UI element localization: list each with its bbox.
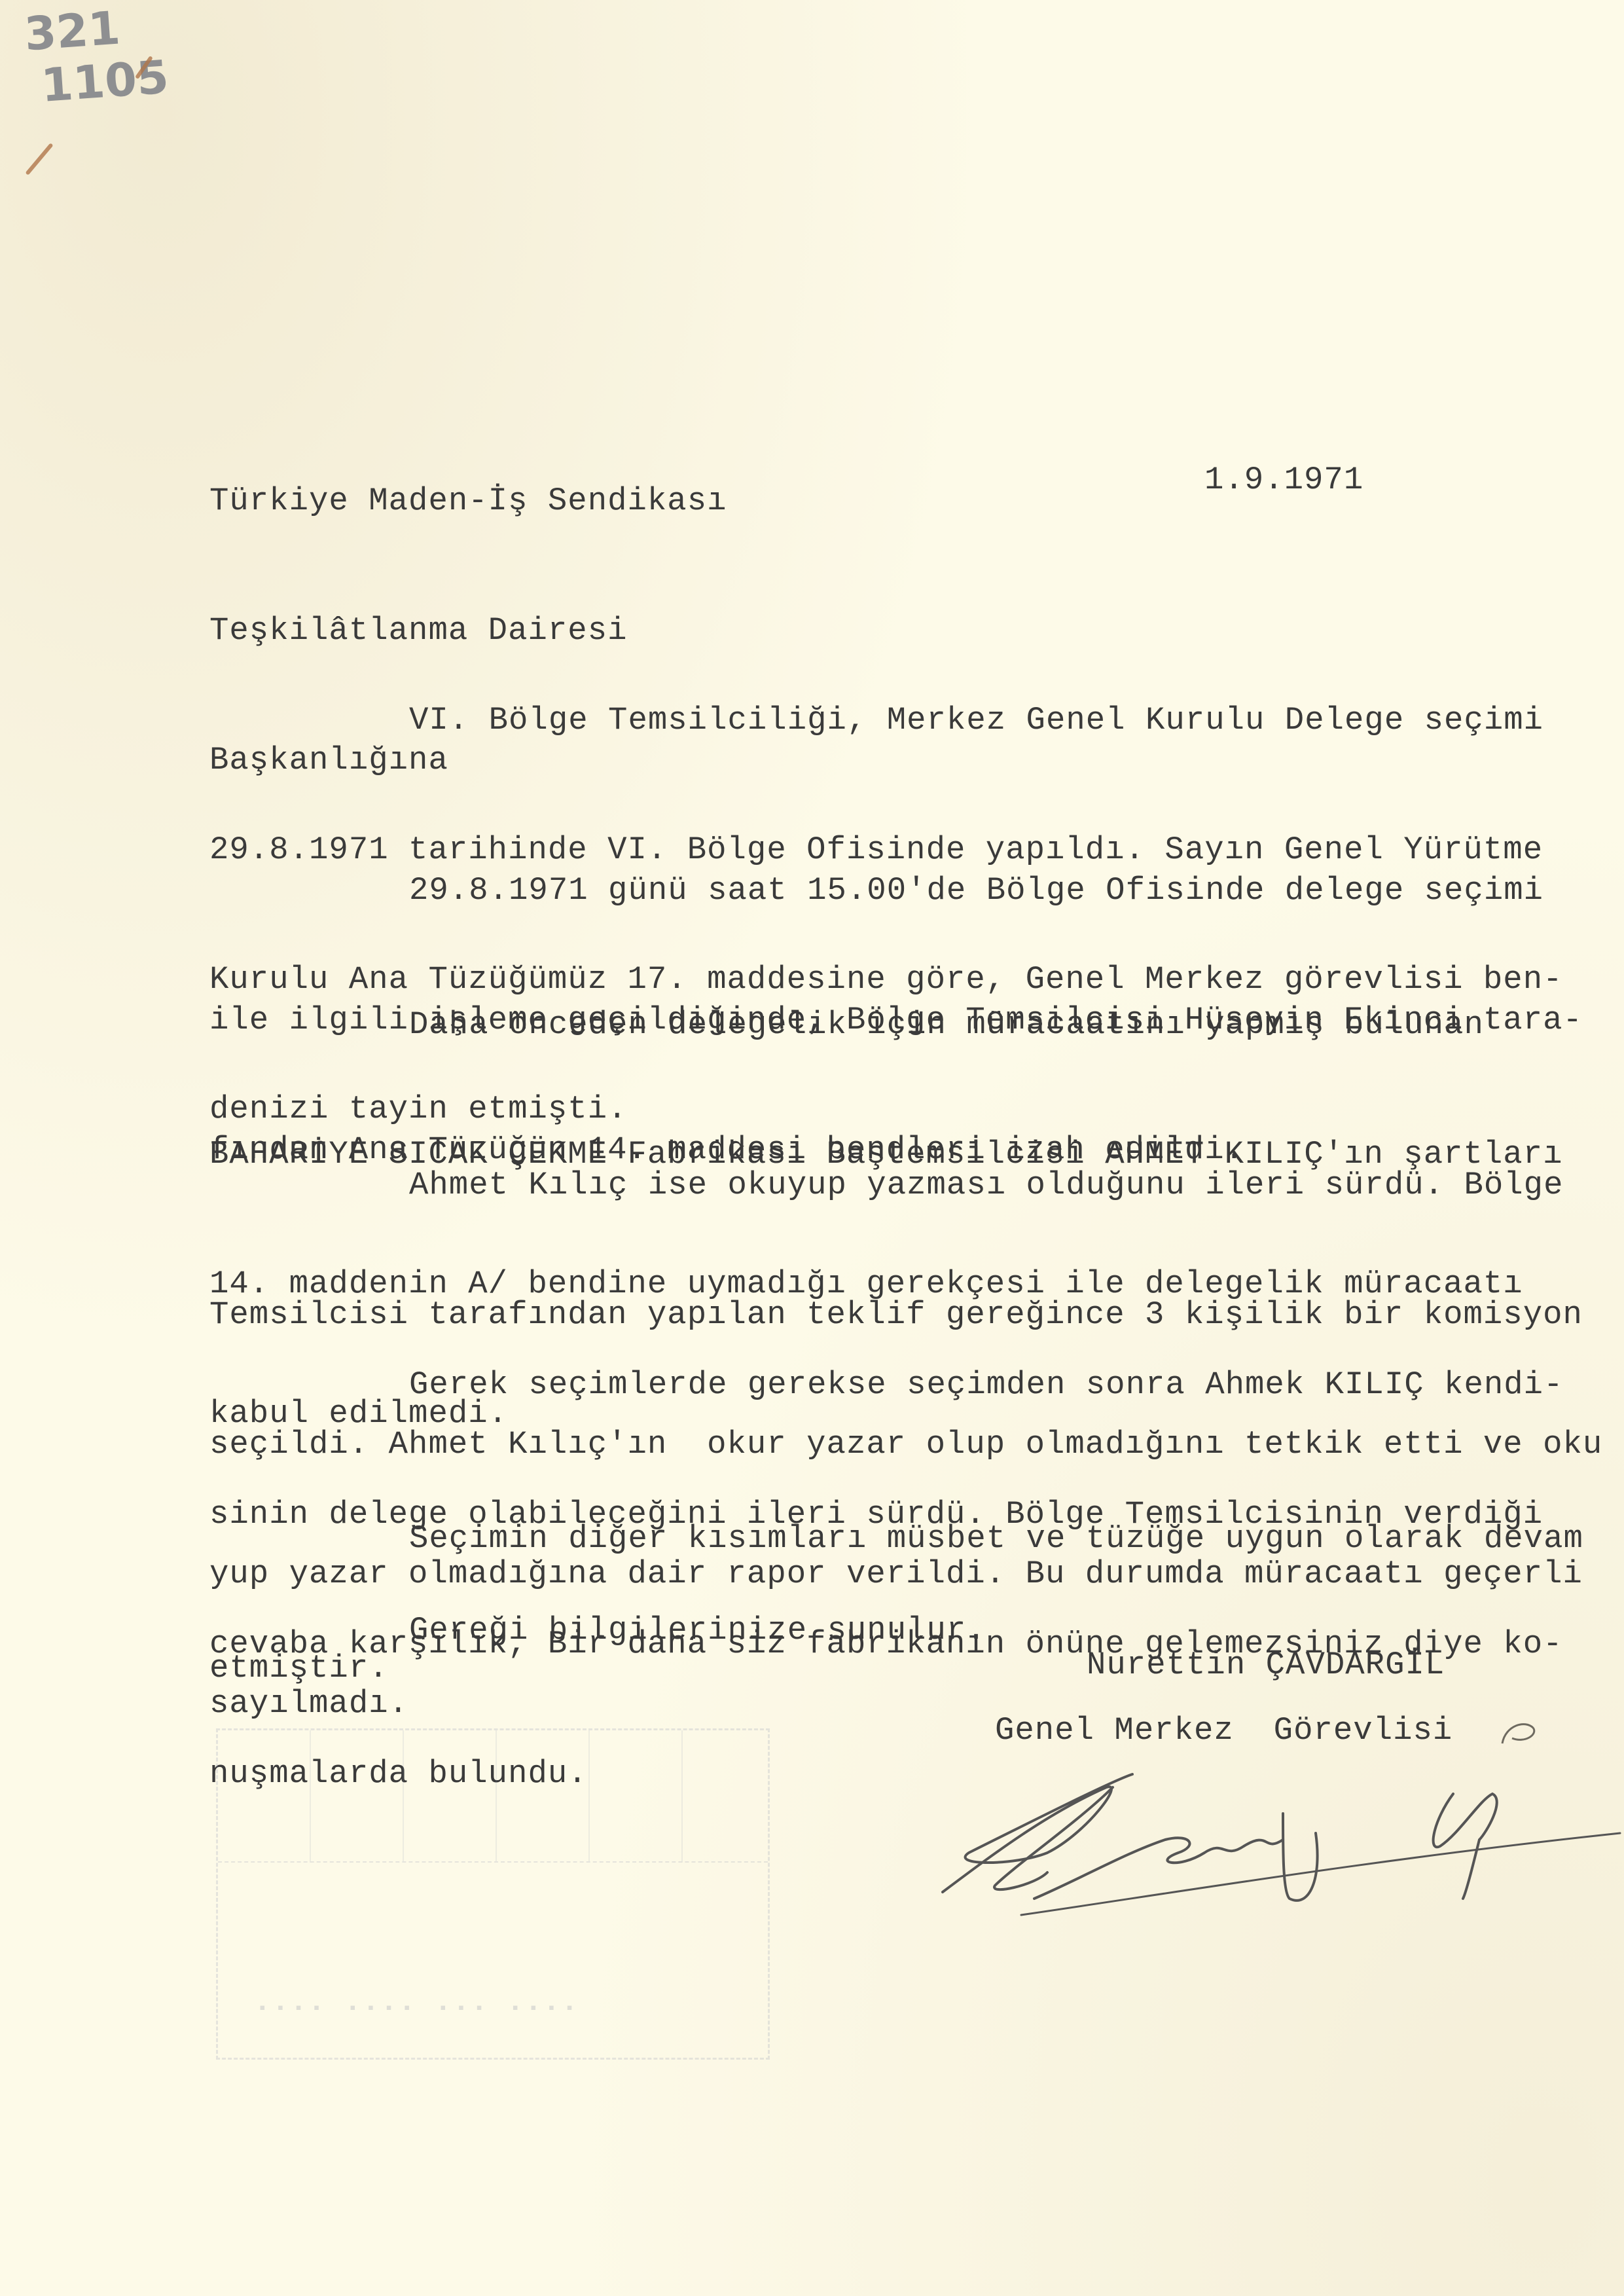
margin-note-1: 321 <box>23 1 122 61</box>
faded-stamp-icon: ▪▪▪▪ ▪▪▪▪ ▪▪▪ ▪▪▪▪ <box>216 1728 770 2060</box>
signatory-name: Nurettin ÇAVDARGİL <box>1087 1643 1445 1686</box>
closing-line: Gereği bilgilerinize sunulur. <box>209 1522 986 1695</box>
margin-pencil-notes: 321 1105 <box>23 0 170 113</box>
text-line: Gereği bilgilerinize sunulur. <box>209 1609 986 1652</box>
text-line: VI. Bölge Temsilciliği, Merkez Genel Kur… <box>209 699 1563 742</box>
text-line: Gerek seçimlerde gerekse seçimden sonra … <box>209 1363 1563 1406</box>
text-line: Ahmet Kılıç ise okuyup yazması olduğunu … <box>209 1163 1602 1207</box>
letter-date: 1.9.1971 <box>1204 458 1363 501</box>
text-line: 29.8.1971 günü saat 15.00'de Bölge Ofisi… <box>209 869 1583 912</box>
handwritten-signature-icon <box>916 1761 1623 1944</box>
pen-curl-mark-icon <box>1499 1719 1538 1745</box>
recipient-line: Türkiye Maden-İş Sendikası <box>209 479 727 522</box>
signatory-title: Genel Merkez Görevlisi <box>995 1709 1453 1752</box>
text-line: Daha önceden delegelik için müracaatını … <box>209 1003 1563 1046</box>
